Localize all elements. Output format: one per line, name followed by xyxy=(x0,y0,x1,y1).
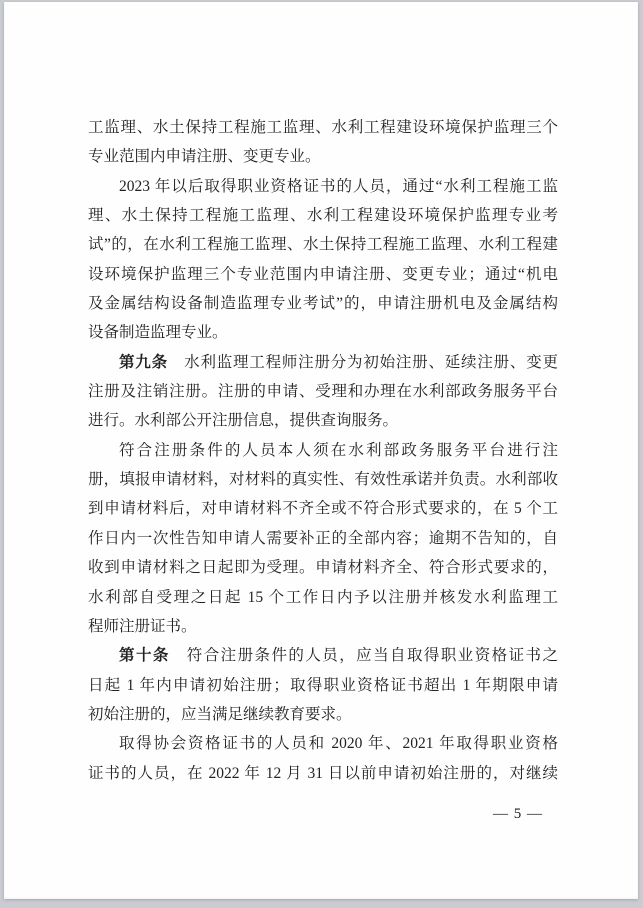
document-body: 工监理、水土保持工程施工监理、水利工程建设环境保护监理三个专业范围内申请注册、变… xyxy=(88,113,558,788)
text-line: 证书的人员，在 2022 年 12 月 31 日以前申请初始注册的，对继续 xyxy=(88,759,558,788)
text-segment: 符合注册条件的人员，应当自取得职业资格证书之 xyxy=(170,647,558,664)
text-line: 到申请材料后，对申请材料不齐全或不符合形式要求的，在 5 个工 xyxy=(88,494,558,523)
text-line: 水利部自受理之日起 15 个工作日内予以注册并核发水利监理工 xyxy=(88,583,558,612)
text-line: 2023 年以后取得职业资格证书的人员，通过“水利工程施工监 xyxy=(88,172,558,201)
text-segment: 符合注册条件的人员本人须在水利部政务服务平台进行注 xyxy=(119,442,558,459)
text-line: 设备制造监理专业。 xyxy=(88,318,558,347)
text-segment: 程师注册证书。 xyxy=(88,618,197,635)
text-line: 作日内一次性告知申请人需要补正的全部内容；逾期不告知的，自 xyxy=(88,524,558,553)
text-line: 设环境保护监理三个专业范围内申请注册、变更专业；通过“机电 xyxy=(88,260,558,289)
text-line: 日起 1 年内申请初始注册；取得职业资格证书超出 1 年期限申请 xyxy=(88,671,558,700)
text-segment: 取得协会资格证书的人员和 2020 年、2021 年取得职业资格 xyxy=(119,735,558,752)
text-segment: 设备制造监理专业。 xyxy=(88,324,228,341)
text-line: 册，填报申请材料，对材料的真实性、有效性承诺并负责。水利部收 xyxy=(88,465,558,494)
text-segment: 专业范围内申请注册、变更专业。 xyxy=(88,148,321,165)
text-line: 工监理、水土保持工程施工监理、水利工程建设环境保护监理三个 xyxy=(88,113,558,142)
document-page: 工监理、水土保持工程施工监理、水利工程建设环境保护监理三个专业范围内申请注册、变… xyxy=(4,2,638,899)
text-segment: 水利监理工程师注册分为初始注册、延续注册、变更 xyxy=(168,354,558,371)
text-segment: 收到申请材料之日起即为受理。申请材料齐全、符合形式要求的， xyxy=(88,559,558,576)
text-line: 注册及注销注册。注册的申请、受理和办理在水利部政务服务平台 xyxy=(88,377,558,406)
text-segment: 日起 1 年内申请初始注册；取得职业资格证书超出 1 年期限申请 xyxy=(88,677,558,694)
text-line: 收到申请材料之日起即为受理。申请材料齐全、符合形式要求的， xyxy=(88,553,558,582)
text-segment: 2023 年以后取得职业资格证书的人员，通过“水利工程施工监 xyxy=(119,178,558,195)
article-heading: 第九条 xyxy=(119,354,168,371)
text-line: 试”的，在水利工程施工监理、水土保持工程施工监理、水利工程建 xyxy=(88,230,558,259)
text-segment: 设环境保护监理三个专业范围内申请注册、变更专业；通过“机电 xyxy=(88,266,558,283)
text-line: 第十条 符合注册条件的人员，应当自取得职业资格证书之 xyxy=(88,641,558,670)
text-line: 符合注册条件的人员本人须在水利部政务服务平台进行注 xyxy=(88,436,558,465)
text-segment: 注册及注销注册。注册的申请、受理和办理在水利部政务服务平台 xyxy=(88,383,558,400)
text-line: 初始注册的，应当满足继续教育要求。 xyxy=(88,700,558,729)
article-heading: 第十条 xyxy=(119,647,170,664)
text-segment: 进行。水利部公开注册信息，提供查询服务。 xyxy=(88,412,398,429)
page-number: — 5 — xyxy=(88,801,543,827)
text-segment: 水利部自受理之日起 15 个工作日内予以注册并核发水利监理工 xyxy=(88,589,558,606)
text-segment: 工监理、水土保持工程施工监理、水利工程建设环境保护监理三个 xyxy=(88,119,558,136)
text-line: 程师注册证书。 xyxy=(88,612,558,641)
text-line: 及金属结构设备制造监理专业考试”的，申请注册机电及金属结构 xyxy=(88,289,558,318)
text-segment: 作日内一次性告知申请人需要补正的全部内容；逾期不告知的，自 xyxy=(88,530,558,547)
text-segment: 证书的人员，在 2022 年 12 月 31 日以前申请初始注册的，对继续 xyxy=(88,765,558,782)
text-segment: 试”的，在水利工程施工监理、水土保持工程施工监理、水利工程建 xyxy=(88,236,558,253)
text-segment: 册，填报申请材料，对材料的真实性、有效性承诺并负责。水利部收 xyxy=(88,471,558,488)
text-segment: 到申请材料后，对申请材料不齐全或不符合形式要求的，在 5 个工 xyxy=(88,500,558,517)
text-segment: 初始注册的，应当满足继续教育要求。 xyxy=(88,706,352,723)
text-line: 专业范围内申请注册、变更专业。 xyxy=(88,142,558,171)
text-line: 第九条 水利监理工程师注册分为初始注册、延续注册、变更 xyxy=(88,348,558,377)
text-line: 进行。水利部公开注册信息，提供查询服务。 xyxy=(88,406,558,435)
text-line: 取得协会资格证书的人员和 2020 年、2021 年取得职业资格 xyxy=(88,729,558,758)
text-line: 理、水土保持工程施工监理、水利工程建设环境保护监理专业考 xyxy=(88,201,558,230)
text-segment: 理、水土保持工程施工监理、水利工程建设环境保护监理专业考 xyxy=(88,207,558,224)
text-segment: 及金属结构设备制造监理专业考试”的，申请注册机电及金属结构 xyxy=(88,295,558,312)
